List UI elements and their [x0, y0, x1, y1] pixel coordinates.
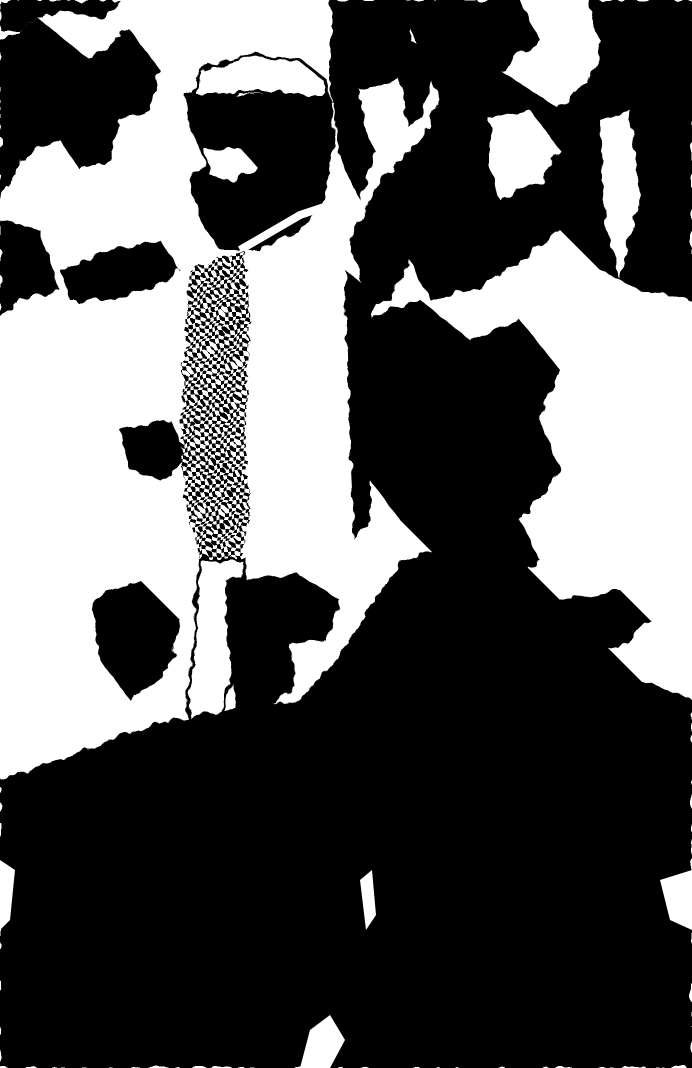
- photograph: [0, 0, 692, 1068]
- cap: [195, 55, 330, 100]
- scarf: [180, 250, 250, 560]
- photo-scene: [0, 0, 692, 1068]
- foreground-ground: [0, 540, 692, 1068]
- head-shadow: [185, 95, 335, 250]
